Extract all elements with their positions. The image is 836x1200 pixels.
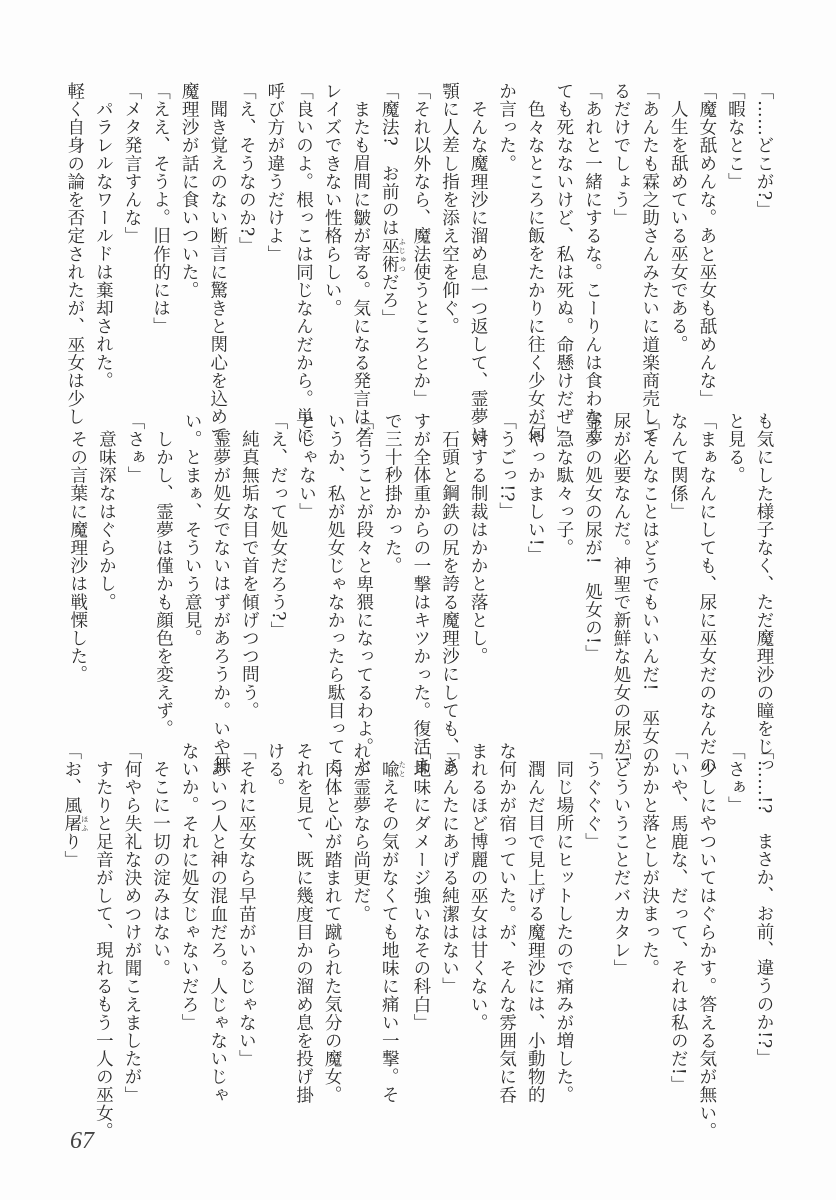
novel-page: 「……どこが?」「暇なとこ」「魔女舐めんな。あと巫女も舐めんな」人生を舐めている…: [0, 0, 836, 1200]
text-line: 霊夢の処女の尿が! 処女の!」: [578, 412, 607, 702]
text-line: も気にした様子なく、ただ魔理沙の瞳をじっ: [749, 412, 778, 702]
text-line: 「地味にダメージ強いなその科白」: [406, 742, 435, 1087]
text-line: 少しにやついてはぐらかす。答える気が無い。: [692, 742, 721, 1087]
text-line: 「あれと一緒にするな。こーりんは食わなく: [578, 82, 607, 402]
text-line: 「……!? まさか、お前、違うのか!?」: [749, 742, 778, 1087]
text-line: 「あいつ人と神の混血だろ。人じゃないじゃ: [203, 742, 232, 1087]
text-line: そこに一切の淀みはない。: [146, 742, 175, 1087]
text-line: 「どういうことだバカタレ」: [606, 742, 635, 1087]
text-line: 「うぐぐぐ」: [578, 742, 607, 1087]
text-line: 軽く自身の論を否定されたが、巫女は少し: [60, 82, 89, 402]
ruby-annotation: 屠ほふ: [62, 814, 82, 832]
text-line: 魔理沙が話に食いついた。: [175, 82, 204, 402]
text-line: 「まぁなんにしても、尿に巫女だのなんだの: [692, 412, 721, 702]
text-line: ても死なないけど、私は死ぬ。命懸けだぜ」: [549, 82, 578, 402]
text-line: 尿が必要なんだ。神聖で新鮮な処女の尿が!: [606, 412, 635, 702]
text-line: パラレルなワールドは棄却された。: [89, 82, 118, 402]
text-tier-top: 「……どこが?」「暇なとこ」「魔女舐めんな。あと巫女も舐めんな」人生を舐めている…: [78, 82, 778, 402]
text-line: 「魔法? お前のは巫術ふじゅつだろ」: [375, 82, 407, 402]
text-line: 「え、だって処女だろう?」: [263, 412, 292, 702]
text-line: なんて関係」: [664, 412, 693, 702]
text-line: 意味深なはぐらかし。: [92, 412, 121, 702]
text-line: 「メタ発言すんな」: [117, 82, 146, 402]
text-line: 「それ以外なら、魔法使うところとか」: [406, 82, 435, 402]
text-line: 急な駄々っ子。: [549, 412, 578, 702]
text-line: その言葉に魔理沙は戦慄した。: [63, 412, 92, 702]
text-line: 人生を舐めている巫女である。: [664, 82, 693, 402]
text-line: すが全体重からの一撃はキツかった。復活ま: [406, 412, 435, 702]
text-line: 喩たとえその気がなくても地味に痛い一撃。そ: [375, 742, 407, 1087]
text-line: 肉体と心が踏まれて蹴られた気分の魔女。: [318, 742, 347, 1087]
page-number: 67: [70, 1128, 94, 1155]
ruby-annotation: 巫術ふじゅつ: [379, 237, 399, 273]
text-line: 同じ場所にヒットしたので痛みが増した。: [549, 742, 578, 1087]
text-line: 「あんたにあげる純潔はない」: [435, 742, 464, 1087]
text-line: い。とまぁ、そういう意見。: [178, 412, 207, 702]
text-line: 「言うことが段々と卑猥になってるわよ。と: [349, 412, 378, 702]
text-line: 呼び方が違うだけよ」: [260, 82, 289, 402]
text-line: 純真無垢な目で首を傾げつつ問う。: [235, 412, 264, 702]
text-line: 「ええ、そうよ。旧作的には」: [146, 82, 175, 402]
text-line: 「お、風屠ほふり」: [57, 742, 89, 1087]
text-line: と見る。: [721, 412, 750, 702]
text-line: るだけでしょう」: [606, 82, 635, 402]
ruby-annotation: 喩たと: [379, 760, 399, 778]
text-line: そんな魔理沙に溜め息一つ返して、霊夢は: [463, 82, 492, 402]
text-line: 「魔女舐めんな。あと巫女も舐めんな」: [692, 82, 721, 402]
text-line: な何かが宿っていた。が、そんな雰囲気に呑: [492, 742, 521, 1087]
text-line: 「……どこが?」: [749, 82, 778, 402]
text-line: 石頭と鋼鉄の尻を誇る魔理沙にしても、さ: [435, 412, 464, 702]
text-line: 対する制裁はかかと落とし。: [463, 412, 492, 702]
text-tier-middle: も気にした様子なく、ただ魔理沙の瞳をじっと見る。「まぁなんにしても、尿に巫女だの…: [78, 412, 778, 702]
text-line: ける。: [260, 742, 289, 1087]
text-line: 「それに巫女なら早苗がいるじゃない」: [232, 742, 261, 1087]
text-line: か言った。: [492, 82, 521, 402]
text-line: 「良いのよ。根っこは同じなんだから。単に: [289, 82, 318, 402]
text-line: れが霊夢なら尚更だ。: [346, 742, 375, 1087]
text-line: 「そんなことはどうでもいいんだ! 巫女の: [635, 412, 664, 702]
text-line: 「やっかましい!」: [521, 412, 550, 702]
text-line: それを見て、既に幾度目かの溜め息を投げ掛: [289, 742, 318, 1087]
text-line: いうか、私が処女じゃなかったら駄目ってこ: [321, 412, 350, 702]
text-line: で三十秒掛かった。: [378, 412, 407, 702]
text-line: 「うごっ!?」: [492, 412, 521, 702]
text-line: とじゃない」: [292, 412, 321, 702]
text-line: レイズできない性格らしい。: [318, 82, 347, 402]
text-line: すたりと足音がして、現れるもう一人の巫女。: [89, 742, 118, 1087]
text-line: 色々なところに飯をたかりに往く少女が何: [521, 82, 550, 402]
text-line: しかし、霊夢は僅かも顔色を変えず。: [149, 412, 178, 702]
text-line: ないか。それに処女じゃないだろ」: [175, 742, 204, 1087]
text-line: 「あんたも霖之助さんみたいに道楽商売して: [635, 82, 664, 402]
text-line: 「さぁ」: [120, 412, 149, 702]
text-line: 「え、そうなのか?」: [232, 82, 261, 402]
text-line: 潤んだ目で見上げる魔理沙には、小動物的: [521, 742, 550, 1087]
text-line: 「さぁ」: [721, 742, 750, 1087]
text-line: かかと落としが決まった。: [635, 742, 664, 1087]
text-line: 「暇なとこ」: [721, 82, 750, 402]
text-tier-bottom: 「……!? まさか、お前、違うのか!?」「さぁ」少しにやついてはぐらかす。答える…: [78, 742, 778, 1087]
text-line: 霊夢が処女でないはずがあろうか。いや無: [206, 412, 235, 702]
text-line: 顎に人差し指を添え空を仰ぐ。: [435, 82, 464, 402]
text-line: またも眉間に皺が寄る。気になる発言はグ: [346, 82, 375, 402]
text-line: 「何やら失礼な決めつけが聞こえましたが」: [117, 742, 146, 1087]
text-line: 聞き覚えのない断言に驚きと関心を込めて: [203, 82, 232, 402]
text-line: まれるほど博麗の巫女は甘くない。: [463, 742, 492, 1087]
text-line: 「いや、馬鹿な、だって、それは私のだ!」: [664, 742, 693, 1087]
